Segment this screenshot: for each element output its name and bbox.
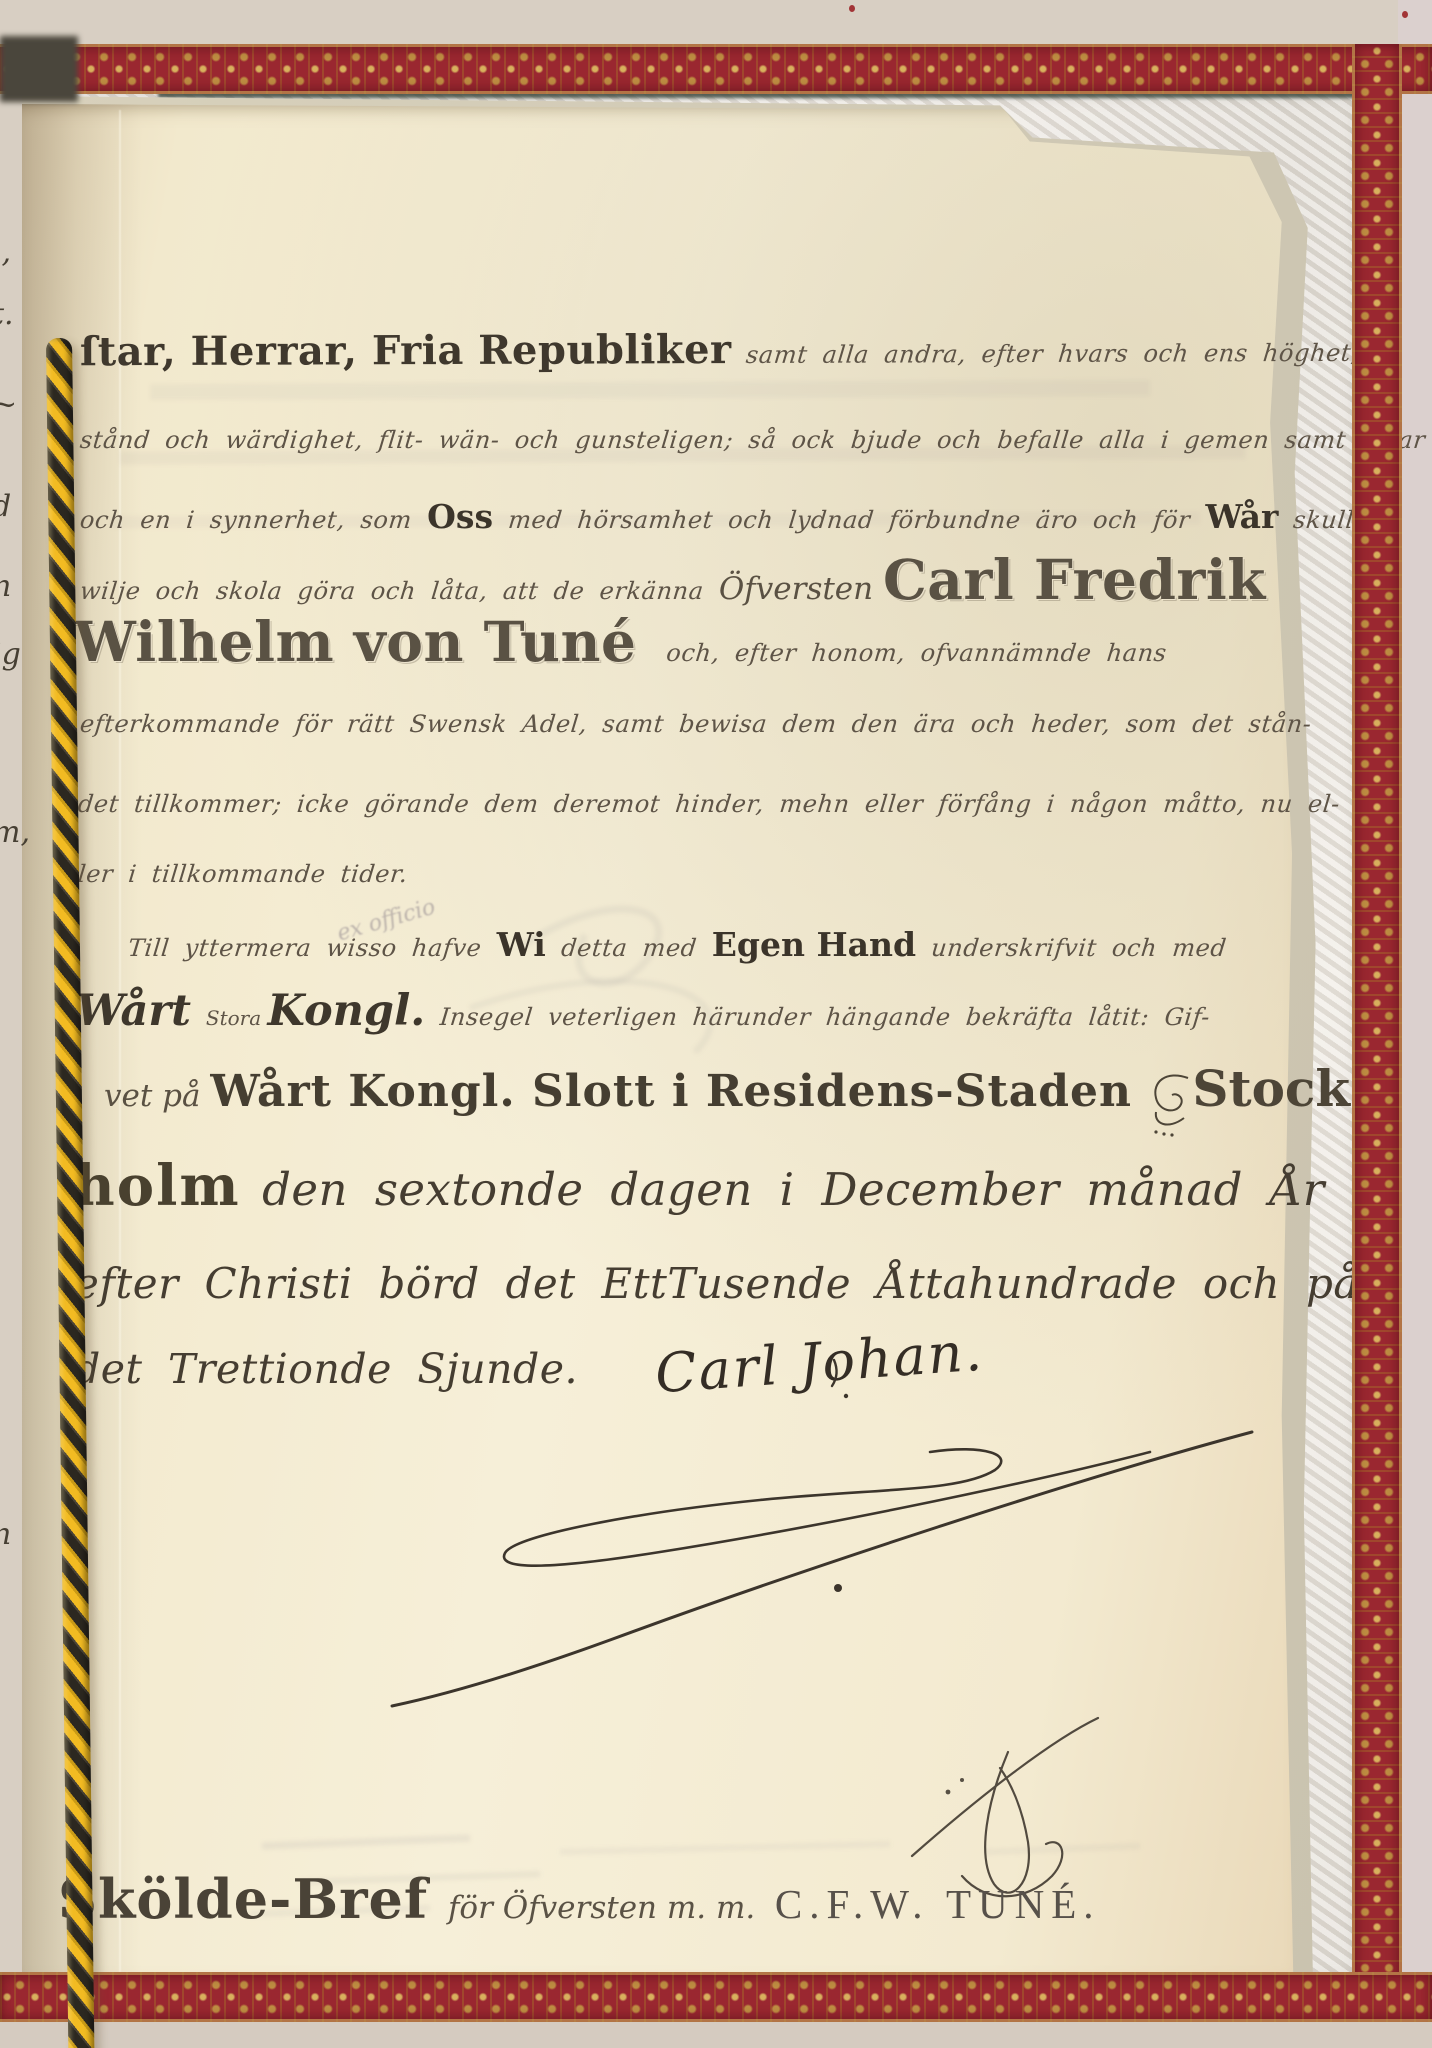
text-segment: vet på (104, 1081, 210, 1112)
text-segment: Kongl. (268, 990, 441, 1033)
gutter-fragment: n (0, 572, 26, 602)
text-segment: och en i synnerhet, som (79, 508, 429, 533)
red-speck (1402, 11, 1408, 18)
stock-flourish-ornament (1148, 1064, 1192, 1138)
gutter-fragment: ig (0, 640, 26, 670)
docket-name: C.F.W. TUNÉ. (775, 1884, 1101, 1925)
document-line-3: och en i synnerhet, som Oss med hörsamhe… (80, 500, 1354, 533)
text-segment: wilje och skola göra och låta, att de er… (79, 579, 721, 604)
gutter-fragment: ~ (0, 390, 26, 420)
text-segment: detta med (544, 936, 713, 961)
text-segment: Stora (206, 1008, 268, 1028)
text-segment: det tillkommer; icke görande dem deremot… (77, 792, 1342, 817)
document-line-12: holm den sextonde dagen i December månad… (74, 1158, 1325, 1214)
scan-background-strip (1398, 0, 1432, 2048)
scanned-letters-patent-page: { "scan": { "background": "#d8cfc3", "ri… (0, 0, 1432, 2048)
document-line-1: ſtar, Herrar, Fria Republiker samt alla … (80, 328, 1395, 373)
document-line-8: ler i tillkommande tider. (78, 862, 408, 887)
text-segment: med hörsamhet och lydnad förbundne äro o… (492, 508, 1207, 533)
text-segment: Wårt Kongl. Slott i Residens-Staden (210, 1070, 1148, 1114)
text-segment: efterkommande för rätt Swensk Adel, samt… (79, 712, 1313, 737)
binding-corner-shadow (0, 36, 78, 102)
text-segment: det Trettionde Sjunde. (74, 1348, 578, 1391)
document-line-4: wilje och skola göra och låta, att de er… (80, 552, 1266, 607)
document-line-6: efterkommande för rätt Swensk Adel, samt… (80, 712, 1312, 737)
red-speck (849, 5, 855, 12)
text-segment: Stock (1192, 1064, 1350, 1114)
gold-tooled-border-right (1352, 44, 1402, 2022)
docket-subtitle: för Öfversten m. m. (448, 1893, 775, 1924)
text-segment: Wi (497, 928, 546, 961)
text-segment: Till yttermera wisso hafve (127, 936, 498, 961)
text-segment: Insegel veterligen härunder hängande bek… (439, 1005, 1212, 1030)
text-segment: skull (1277, 508, 1356, 533)
text-segment: Wilhelm von Tuné (74, 614, 636, 669)
text-segment: samt alla andra, efter hvars och ens hög… (745, 341, 1397, 368)
gutter-fragment: m, (0, 818, 26, 848)
text-segment: ler i tillkommande tider. (77, 862, 409, 887)
gutter-fragment: d (0, 492, 26, 522)
document-line-13: efter Christi börd det EttTusende Åttahu… (74, 1262, 1359, 1306)
document-line-5: Wilhelm von Tuné och, efter honom, ofvan… (74, 614, 1167, 669)
document-line-9: Till yttermera wisso hafve Wi detta med … (128, 928, 1227, 961)
docket-line: Skölde-Bref för Öfversten m. m. C.F.W. T… (58, 1872, 1101, 1926)
text-segment: holm (74, 1158, 262, 1214)
text-segment: Wårt (76, 990, 206, 1033)
document-line-11: vet på Wårt Kongl. Slott i Residens-Stad… (104, 1064, 1350, 1138)
parchment-page (22, 104, 1314, 1978)
gold-tooled-border-bottom (0, 1972, 1432, 2022)
gutter-fragment: n (0, 1520, 26, 1550)
scan-background-strip (0, 2020, 1432, 2048)
gutter-fragment: t. (0, 300, 26, 330)
text-segment: och, efter honom, ofvannämnde hans (635, 641, 1168, 666)
text-segment: efter Christi börd det EttTusende Åttahu… (74, 1262, 1359, 1306)
gutter-fragment: ’, (0, 238, 26, 268)
docket-title: Skölde-Bref (58, 1872, 448, 1926)
text-segment: Öfversten (719, 574, 883, 605)
gold-tooled-border-top (0, 44, 1432, 94)
text-segment: Carl Fredrik (883, 552, 1266, 607)
text-segment: underskrifvit och med (915, 936, 1228, 961)
text-segment: Oss (427, 500, 493, 533)
text-segment: ſtar, Herrar, Fria Republiker (80, 330, 746, 372)
document-line-7: det tillkommer; icke görande dem deremot… (78, 792, 1340, 817)
document-line-14: det Trettionde Sjunde. (74, 1348, 578, 1391)
text-segment: Egen Hand (712, 928, 916, 961)
document-line-2: stånd och wärdighet, flit- wän- och guns… (80, 428, 1425, 453)
text-segment: stånd och wärdighet, flit- wän- och guns… (79, 428, 1427, 453)
document-line-10: Wårt Stora Kongl. Insegel veterligen här… (76, 990, 1210, 1033)
page-crease (119, 110, 121, 1972)
text-segment: Wår (1205, 500, 1278, 533)
text-segment: den sextonde dagen i December månad År (262, 1166, 1325, 1213)
